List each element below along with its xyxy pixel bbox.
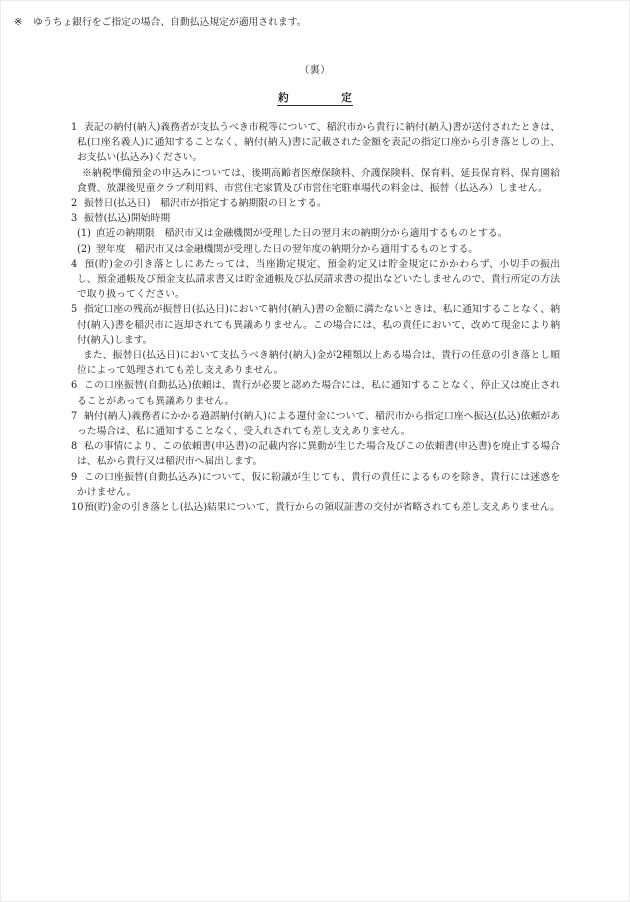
clause-2: 2振替日(払込日) 稲沢市が指定する納期限の日とする。 <box>71 196 560 211</box>
footnote-text: ゆうちょ銀行をご指定の場合、自動払込規定が適用されます。 <box>33 17 307 28</box>
clause-number: 8 <box>71 439 84 454</box>
clause-text: この口座振替(自動払込)依頼は、貴行が必要と認めた場合には、私に通知することなく… <box>77 380 560 406</box>
clause-text: この口座振替(自動払込み)について、仮に紛議が生じても、貴行の責任によるものを除… <box>77 472 560 498</box>
clause-6: 6この口座振替(自動払込)依頼は、貴行が必要と認めた場合には、私に通知することな… <box>71 378 560 408</box>
clause-number: 1 <box>71 120 84 135</box>
clause-number: 4 <box>71 257 84 272</box>
clause-number: 6 <box>71 378 84 393</box>
clause-9: 9この口座振替(自動払込み)について、仮に紛議が生じても、貴行の責任によるものを… <box>71 470 560 500</box>
clause-text: 私の事情により、この依頼書(申込書)の記載内容に異動が生じた場合及びこの依頼書(… <box>77 441 560 467</box>
clause-text: 翌年度 稲沢市又は金融機関が受理した日の翌年度の納期分から適用するものとする。 <box>96 244 478 255</box>
clause-text: 振替(払込)開始時期 <box>84 213 170 224</box>
footnote-marker: ※ <box>14 15 33 30</box>
document-title-text: 約 定 <box>277 92 353 106</box>
clause-number: 7 <box>71 409 84 424</box>
clause-number: 9 <box>71 470 84 485</box>
clause-text: 指定口座の残高が振替日(払込日)において納付(納入)書の金額に満たないときは、私… <box>77 304 560 345</box>
clause-note: ※納税準備預金の申込みについては、後期高齢者医療保険料、介護保険料、保育料、延長… <box>71 166 560 196</box>
footnote: ※ゆうちょ銀行をご指定の場合、自動払込規定が適用されます。 <box>0 15 630 30</box>
clause-4: 4預(貯)金の引き落としにあたっては、当座勘定規定、預金約定又は貯金規定にかかわ… <box>71 257 560 303</box>
clause-number: 3 <box>71 211 84 226</box>
page-side-label: （裏） <box>0 61 630 76</box>
clause-10: 10預(貯)金の引き落とし(払込)結果について、貴行からの領収証書の交付が省略さ… <box>71 500 560 515</box>
clause-1: 1表記の納付(納入)義務者が支払うべき市税等について、稲沢市から貴行に納付(納入… <box>71 120 560 166</box>
clause-p1p: (1)直近の納期限 稲沢市又は金融機関が受理した日の翌月末の納期分から適用するも… <box>71 226 560 241</box>
clause-number: 10 <box>71 500 84 515</box>
clause-text: 預(貯)金の引き落とし(払込)結果について、貴行からの領収証書の交付が省略されて… <box>84 502 560 513</box>
clause-text: ※納税準備預金の申込みについては、後期高齢者医療保険料、介護保険料、保育料、延長… <box>77 168 560 194</box>
clause-8: 8私の事情により、この依頼書(申込書)の記載内容に異動が生じた場合及びこの依頼書… <box>71 439 560 469</box>
clause-text: また、振替日(払込日)において支払うべき納付(納入)金が2種類以上ある場合は、貴… <box>77 350 560 376</box>
clause-p2p: (2)翌年度 稲沢市又は金融機関が受理した日の翌年度の納期分から適用するものとす… <box>71 242 560 257</box>
clause-number: (1) <box>77 226 96 241</box>
clause-text: 納付(納入)義務者にかかる過誤納付(納入)による還付金について、稲沢市から指定口… <box>77 411 560 437</box>
clause-para: また、振替日(払込日)において支払うべき納付(納入)金が2種類以上ある場合は、貴… <box>71 348 560 378</box>
document-title: 約 定 <box>0 90 630 105</box>
clause-number: (2) <box>77 242 96 257</box>
clause-number: 5 <box>71 302 84 317</box>
clause-text: 振替日(払込日) 稲沢市が指定する納期限の日とする。 <box>84 198 327 209</box>
clause-5: 5指定口座の残高が振替日(払込日)において納付(納入)書の金額に満たないときは、… <box>71 302 560 348</box>
clause-text: 預(貯)金の引き落としにあたっては、当座勘定規定、預金約定又は貯金規定にかかわら… <box>77 259 560 300</box>
clause-list: 1表記の納付(納入)義務者が支払うべき市税等について、稲沢市から貴行に納付(納入… <box>71 120 560 515</box>
clause-3: 3振替(払込)開始時期 <box>71 211 560 226</box>
clause-text: 表記の納付(納入)義務者が支払うべき市税等について、稲沢市から貴行に納付(納入)… <box>77 122 560 163</box>
document-page: （裏） 約 定 1表記の納付(納入)義務者が支払うべき市税等について、稲沢市から… <box>0 0 630 902</box>
clause-7: 7納付(納入)義務者にかかる過誤納付(納入)による還付金について、稲沢市から指定… <box>71 409 560 439</box>
clause-number: 2 <box>71 196 84 211</box>
clause-text: 直近の納期限 稲沢市又は金融機関が受理した日の翌月末の納期分から適用するものとす… <box>96 228 507 239</box>
